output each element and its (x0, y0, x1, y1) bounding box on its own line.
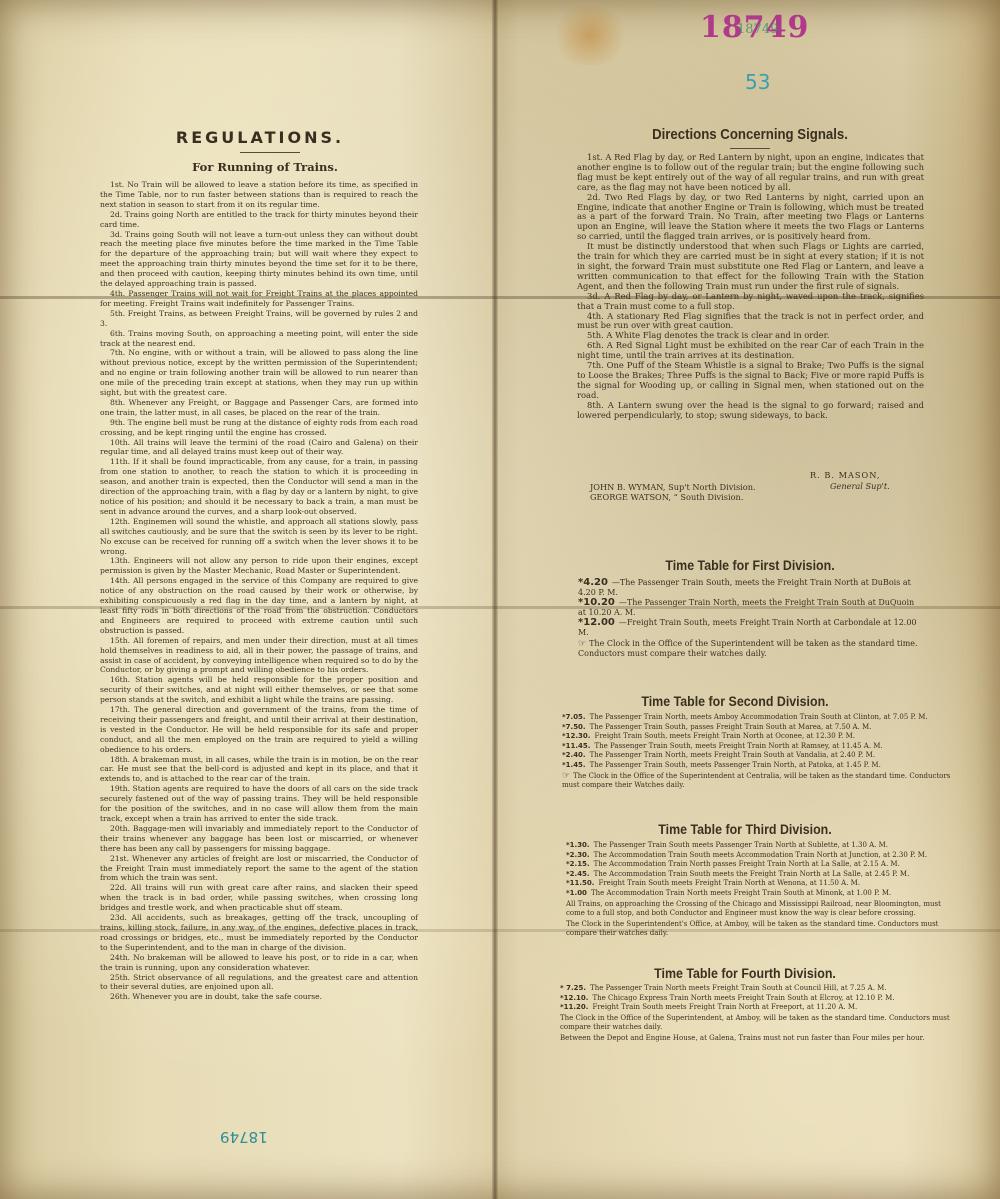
timetable-fourth-title: Time Table for Fourth Division. (602, 966, 887, 981)
regulations-title: REGULATIONS. (145, 128, 375, 147)
timetable-note: ☞The Clock in the Office of the Superint… (562, 772, 962, 791)
signal-item: 2d. Two Red Flags by day, or two Red Lan… (577, 193, 924, 243)
timetable-second: *7.05.The Passenger Train North, meets A… (562, 713, 962, 791)
rule-item: 19th. Station agents are required to hav… (100, 784, 418, 824)
timetable-row: * 7.25.The Passenger Train North meets F… (560, 984, 950, 994)
center-fold (492, 0, 498, 1199)
rule-item: 12th. Enginemen will sound the whistle, … (100, 517, 418, 557)
train-description: —The Passenger Train South, meets the Fr… (578, 578, 911, 597)
timetable-row: *7.05.The Passenger Train North, meets A… (562, 713, 962, 723)
rule-item: 17th. The general direction and governme… (100, 705, 418, 755)
train-time: *12.30. (562, 732, 590, 740)
timetable-row: *1.00The Accommodation Train North meets… (566, 889, 946, 899)
timetable-row: *1.45.The Passenger Train South, meets P… (562, 761, 962, 771)
timetable-fourth: * 7.25.The Passenger Train North meets F… (560, 984, 950, 1044)
timetable-row: *2.45.The Accommodation Train South meet… (566, 870, 946, 880)
train-time: *10.20 (578, 597, 615, 608)
timetable-row: *1.30.The Passenger Train South meets Pa… (566, 841, 946, 851)
timetable-first: *4.20—The Passenger Train South, meets t… (578, 578, 918, 659)
timetable-row: *2.15.The Accommodation Train North pass… (566, 860, 946, 870)
pointing-hand-icon: ☞ (578, 639, 586, 649)
rule-item: 4th. Passenger Trains will not wait for … (100, 289, 418, 309)
rule-item: 9th. The engine bell must be rung at the… (100, 418, 418, 438)
general-superintendent-title: General Sup't. (830, 481, 890, 491)
timetable-row: *11.20.Freight Train South meets Freight… (560, 1003, 950, 1013)
rule-item: 16th. Station agents will be held respon… (100, 675, 418, 705)
rule-item: 7th. No engine, with or without a train,… (100, 348, 418, 398)
rule-item: 23d. All accidents, such as breakages, g… (100, 913, 418, 953)
rule-item: 18th. A brakeman must, in all cases, whi… (100, 755, 418, 785)
train-time: *11.20. (560, 1003, 588, 1011)
rule-item: 25th. Strict observance of all regulatio… (100, 973, 418, 993)
train-time: *7.05. (562, 713, 586, 721)
inverted-accession-stamp: 18749 (220, 1128, 268, 1146)
train-time: *11.45. (562, 742, 590, 750)
train-time: *7.50. (562, 723, 586, 731)
rule-item: 2d. Trains going North are entitled to t… (100, 210, 418, 230)
south-division-superintendent: GEORGE WATSON, “ South Division. (590, 492, 743, 502)
train-description: The Passenger Train South, passes Freigh… (590, 723, 872, 731)
train-description: The Chicago Express Train North meets Fr… (592, 994, 894, 1002)
rule-item: 10th. All trains will leave the termini … (100, 438, 418, 458)
train-description: The Passenger Train North, meets Freight… (590, 751, 875, 759)
water-stain (550, 5, 630, 65)
train-time: *11.50. (566, 879, 594, 887)
timetable-third: *1.30.The Passenger Train South meets Pa… (566, 841, 946, 939)
title-rule (730, 148, 770, 149)
rule-item: 3d. Trains going South will not leave a … (100, 230, 418, 289)
train-description: The Accommodation Train North meets Frei… (591, 889, 891, 897)
train-time: *2.15. (566, 860, 590, 868)
train-description: The Accommodation Train South meets Acco… (594, 851, 928, 859)
timetable-first-title: Time Table for First Division. (612, 558, 888, 573)
pointing-hand-icon: ☞ (562, 771, 570, 781)
timetable-note: All Trains, on approaching the Crossing … (566, 900, 946, 919)
timetable-note: ☞The Clock in the Office of the Superint… (578, 639, 918, 659)
document-sheet: 18749 18749 53 18749 REGULATIONS. For Ru… (0, 0, 1000, 1199)
timetable-second-title: Time Table for Second Division. (592, 694, 877, 709)
signal-item: 8th. A Lantern swung over the head is th… (577, 401, 924, 421)
rule-item: 22d. All trains will run with great care… (100, 883, 418, 913)
timetable-row: *11.50.Freight Train South meets Freight… (566, 879, 946, 889)
regulations-list: 1st. No Train will be allowed to leave a… (100, 180, 418, 1002)
north-division-superintendent: JOHN B. WYMAN, Sup't North Division. (590, 482, 756, 492)
signal-item: 1st. A Red Flag by day, or Red Lantern b… (577, 153, 924, 193)
timetable-note: The Clock in the Office of the Superinte… (560, 1014, 950, 1033)
rule-item: 20th. Baggage-men will invariably and im… (100, 824, 418, 854)
regulations-subtitle: For Running of Trains. (150, 160, 380, 174)
signals-title: Directions Concerning Signals. (618, 126, 882, 143)
timetable-row: *12.10.The Chicago Express Train North m… (560, 994, 950, 1004)
train-time: *1.45. (562, 761, 586, 769)
rule-item: 11th. If it shall be found impracticable… (100, 457, 418, 516)
signal-item: 6th. A Red Signal Light must be exhibite… (577, 341, 924, 361)
signal-item: It must be distinctly understood that wh… (577, 242, 924, 292)
train-description: The Passenger Train South, meets Passeng… (590, 761, 881, 769)
accession-stamp-green: 18749 (737, 22, 778, 37)
timetable-row: *12.30.Freight Train South, meets Freigh… (562, 732, 962, 742)
train-description: The Passenger Train South, meets Freight… (594, 742, 882, 750)
train-description: The Accommodation Train South meets the … (594, 870, 910, 878)
signals-list: 1st. A Red Flag by day, or Red Lantern b… (577, 153, 924, 420)
page-number-stamp: 53 (745, 70, 770, 94)
train-time: *2.40. (562, 751, 586, 759)
timetable-third-title: Time Table for Third Division. (602, 822, 887, 837)
timetable-row: *2.40.The Passenger Train North, meets F… (562, 751, 962, 761)
train-description: The Accommodation Train North passes Fre… (594, 860, 900, 868)
signal-item: 3d. A Red Flag by day, or Lantern by nig… (577, 292, 924, 312)
train-description: Freight Train South meets Freight Train … (598, 879, 860, 887)
rule-item: 8th. Whenever any Freight, or Baggage an… (100, 398, 418, 418)
rule-item: 13th. Engineers will not allow any perso… (100, 556, 418, 576)
train-description: The Passenger Train South meets Passenge… (594, 841, 888, 849)
train-time: *1.00 (566, 889, 587, 897)
train-description: Freight Train South meets Freight Train … (592, 1003, 857, 1011)
rule-item: 14th. All persons engaged in the service… (100, 576, 418, 635)
timetable-row: *11.45.The Passenger Train South, meets … (562, 742, 962, 752)
train-description: The Passenger Train North, meets Amboy A… (590, 713, 928, 721)
timetable-row: *12.00—Freight Train South, meets Freigh… (578, 618, 918, 638)
rule-item: 6th. Trains moving South, on approaching… (100, 329, 418, 349)
timetable-row: *7.50.The Passenger Train South, passes … (562, 723, 962, 733)
rule-item: 15th. All foremen of repairs, and men un… (100, 636, 418, 676)
train-time: *12.10. (560, 994, 588, 1002)
train-time: *2.30. (566, 851, 590, 859)
rule-item: 1st. No Train will be allowed to leave a… (100, 180, 418, 210)
train-time: * 7.25. (560, 984, 586, 992)
train-time: *12.00 (578, 617, 615, 628)
rule-item: 26th. Whenever you are in doubt, take th… (100, 992, 418, 1002)
train-time: *2.45. (566, 870, 590, 878)
signal-item: 4th. A stationary Red Flag signifies tha… (577, 312, 924, 332)
train-description: The Passenger Train North meets Freight … (590, 984, 887, 992)
title-ornament (240, 152, 300, 153)
train-time: *4.20 (578, 577, 608, 588)
rule-item: 24th. No brakeman will be allowed to lea… (100, 953, 418, 973)
timetable-note: The Clock in the Superintendent's Office… (566, 920, 946, 939)
timetable-note: Between the Depot and Engine House, at G… (560, 1034, 950, 1044)
timetable-row: *10.20—The Passenger Train North, meets … (578, 598, 918, 618)
train-description: —The Passenger Train North, meets the Fr… (578, 598, 914, 617)
train-description: —Freight Train South, meets Freight Trai… (578, 618, 917, 637)
train-time: *1.30. (566, 841, 590, 849)
general-superintendent-name: R. B. MASON, (810, 470, 880, 480)
train-description: Freight Train South, meets Freight Train… (594, 732, 855, 740)
timetable-row: *2.30.The Accommodation Train South meet… (566, 851, 946, 861)
timetable-row: *4.20—The Passenger Train South, meets t… (578, 578, 918, 598)
rule-item: 5th. Freight Trains, as between Freight … (100, 309, 418, 329)
signal-item: 7th. One Puff of the Steam Whistle is a … (577, 361, 924, 401)
rule-item: 21st. Whenever any articles of freight a… (100, 854, 418, 884)
